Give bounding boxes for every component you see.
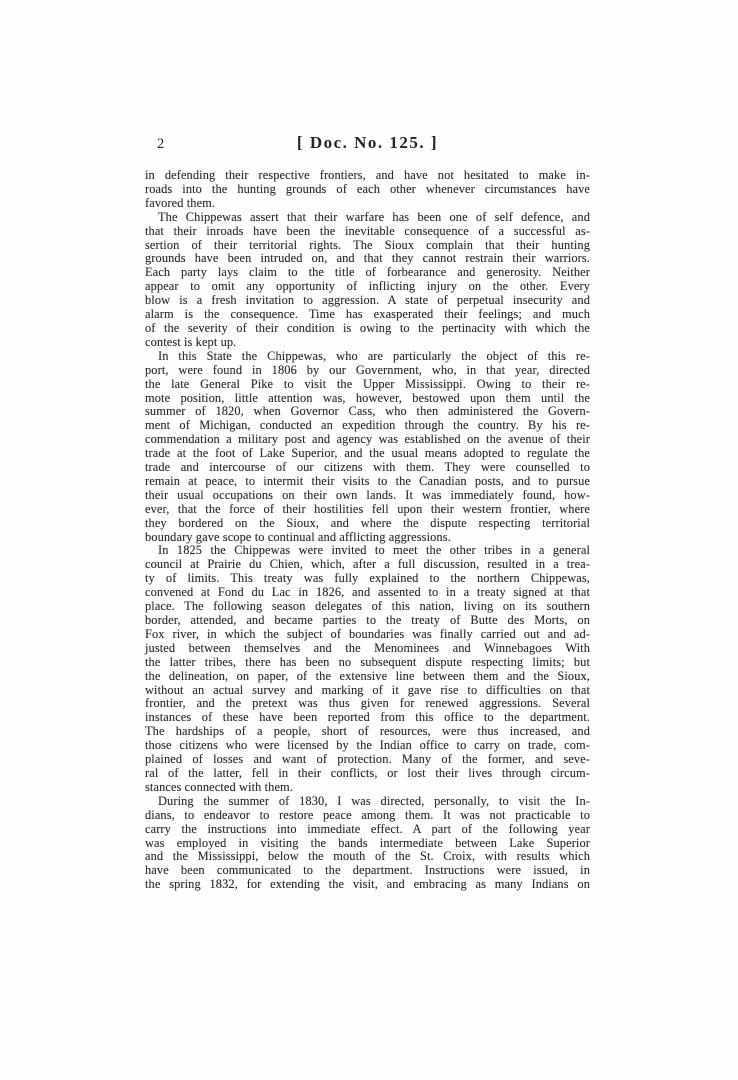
text-line: contest is kept up.: [145, 336, 590, 350]
text-line: of the severity of their condition is ow…: [145, 322, 590, 336]
text-line: the spring 1832, for extending the visit…: [145, 878, 590, 892]
text-line: trade and intercourse of our citizens wi…: [145, 461, 590, 475]
text-line: During the summer of 1830, I was directe…: [145, 795, 590, 809]
text-line: was employed in visiting the bands inter…: [145, 837, 590, 851]
text-line: alarm is the consequence. Time has exasp…: [145, 308, 590, 322]
text-line: sertion of their territorial rights. The…: [145, 239, 590, 253]
text-line: commendation a military post and agency …: [145, 433, 590, 447]
page-number: 2: [157, 136, 164, 153]
text-line: In this State the Chippewas, who are par…: [145, 350, 590, 364]
text-line: in defending their respective frontiers,…: [145, 169, 590, 183]
text-line: mote position, little attention was, how…: [145, 392, 590, 406]
text-line: ral of the latter, fell in their conflic…: [145, 767, 590, 781]
text-line: boundary gave scope to continual and aff…: [145, 531, 590, 545]
text-line: border, attended, and became parties to …: [145, 614, 590, 628]
text-line: roads into the hunting grounds of each o…: [145, 183, 590, 197]
paragraph: In 1825 the Chippewas were invited to me…: [145, 544, 590, 794]
text-line: grounds have been intruded on, and that …: [145, 252, 590, 266]
text-line: the delineation, on paper, of the extens…: [145, 670, 590, 684]
text-line: their usual occupations on their own lan…: [145, 489, 590, 503]
text-line: dians, to endeavor to restore peace amon…: [145, 809, 590, 823]
text-line: the latter tribes, there has been no sub…: [145, 656, 590, 670]
document-page: 2 [ Doc. No. 125. ] in defending their r…: [0, 0, 738, 1080]
text-line: Each party lays claim to the title of fo…: [145, 266, 590, 280]
page-header: 2 [ Doc. No. 125. ]: [145, 133, 590, 157]
text-line: council at Prairie du Chien, which, afte…: [145, 558, 590, 572]
text-line: The hardships of a people, short of reso…: [145, 725, 590, 739]
text-line: Fox river, in which the subject of bound…: [145, 628, 590, 642]
text-line: place. The following season delegates of…: [145, 600, 590, 614]
text-line: that their inroads have been the inevita…: [145, 225, 590, 239]
text-line: plained of losses and want of protection…: [145, 753, 590, 767]
text-line: justed between themselves and the Menomi…: [145, 642, 590, 656]
text-line: port, were found in 1806 by our Governme…: [145, 364, 590, 378]
text-line: stances connected with them.: [145, 781, 590, 795]
text-line: instances of these have been reported fr…: [145, 711, 590, 725]
text-line: the late General Pike to visit the Upper…: [145, 378, 590, 392]
text-line: remain at peace, to intermit their visit…: [145, 475, 590, 489]
text-line: ty of limits. This treaty was fully expl…: [145, 572, 590, 586]
text-line: In 1825 the Chippewas were invited to me…: [145, 544, 590, 558]
paragraph: in defending their respective frontiers,…: [145, 169, 590, 211]
paragraph: In this State the Chippewas, who are par…: [145, 350, 590, 545]
text-line: blow is a fresh invitation to aggression…: [145, 294, 590, 308]
text-line: appear to omit any opportunity of inflic…: [145, 280, 590, 294]
text-line: frontier, and the pretext was thus given…: [145, 697, 590, 711]
paragraph: The Chippewas assert that their warfare …: [145, 211, 590, 350]
text-line: ever, that the force of their hostilitie…: [145, 503, 590, 517]
text-line: ment of Michigan, conducted an expeditio…: [145, 419, 590, 433]
text-line: convened at Fond du Lac in 1826, and ass…: [145, 586, 590, 600]
text-line: they bordered on the Sioux, and where th…: [145, 517, 590, 531]
text-line: trade at the foot of Lake Superior, and …: [145, 447, 590, 461]
text-line: have been communicated to the department…: [145, 864, 590, 878]
text-line: favored them.: [145, 197, 590, 211]
text-line: without an actual survey and marking of …: [145, 684, 590, 698]
text-line: those citizens who were licensed by the …: [145, 739, 590, 753]
paragraph: During the summer of 1830, I was directe…: [145, 795, 590, 892]
text-line: summer of 1820, when Governor Cass, who …: [145, 405, 590, 419]
text-line: The Chippewas assert that their warfare …: [145, 211, 590, 225]
text-line: carry the instructions into immediate ef…: [145, 823, 590, 837]
text-line: and the Mississippi, below the mouth of …: [145, 850, 590, 864]
body-text: in defending their respective frontiers,…: [145, 169, 590, 892]
document-title: [ Doc. No. 125. ]: [145, 133, 590, 153]
